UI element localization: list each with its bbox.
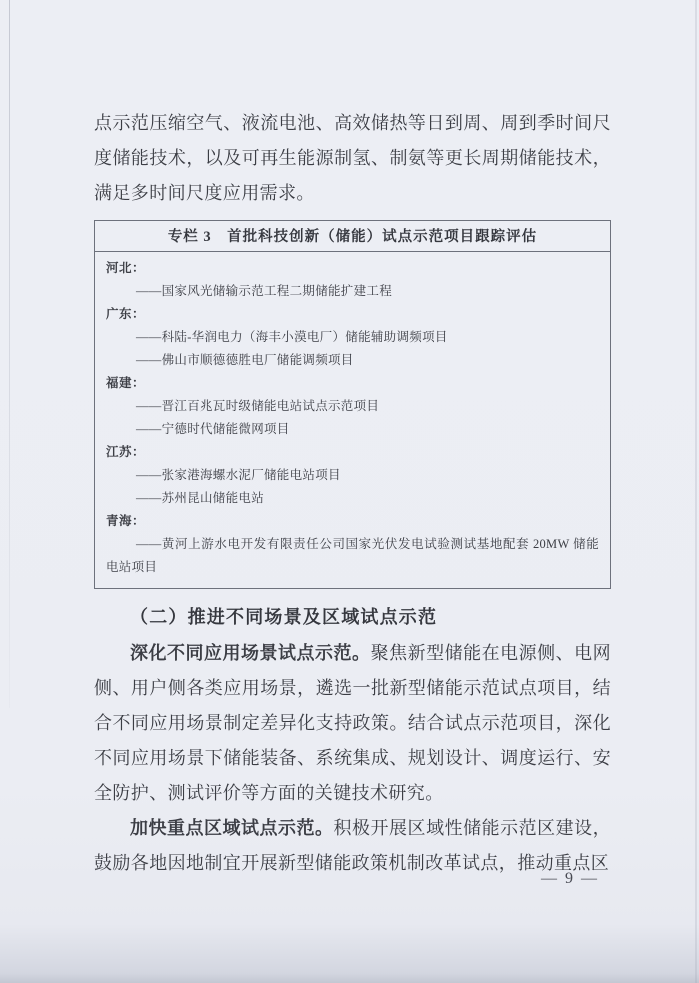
page-fold-line	[9, 0, 10, 708]
paragraph-lead: 深化不同应用场景试点示范。	[130, 643, 371, 663]
document-page: 点示范压缩空气、液流电池、高效储热等日到周、周到季时间尺度储能技术，以及可再生能…	[0, 0, 699, 983]
region-label-fujian: 福建：	[106, 372, 599, 395]
feature-box: 专栏 3 首批科技创新（储能）试点示范项目跟踪评估 河北： ——国家风光储输示范…	[94, 220, 611, 589]
paragraph-text: 聚焦新型储能在电源侧、电网侧、用户侧各类应用场景，遴选一批新型储能示范试点项目，…	[94, 643, 611, 803]
project-item: ——苏州昆山储能电站	[106, 487, 599, 510]
body-paragraph: 深化不同应用场景试点示范。聚焦新型储能在电源侧、电网侧、用户侧各类应用场景，遴选…	[94, 636, 611, 811]
feature-box-body: 河北： ——国家风光储输示范工程二期储能扩建工程 广东： ——科陆-华润电力（海…	[95, 252, 610, 588]
region-label-qinghai: 青海：	[106, 510, 599, 533]
region-label-jiangsu: 江苏：	[106, 441, 599, 464]
body-paragraph: 加快重点区域试点示范。积极开展区域性储能示范区建设，鼓励各地因地制宜开展新型储能…	[94, 811, 611, 881]
page-edge-shadow	[695, 0, 697, 983]
region-label-hebei: 河北：	[106, 257, 599, 280]
page-content: 点示范压缩空气、液流电池、高效储热等日到周、周到季时间尺度储能技术，以及可再生能…	[94, 106, 611, 881]
project-item: ——黄河上游水电开发有限责任公司国家光伏发电试验测试基地配套 20MW 储能电站…	[106, 533, 599, 579]
page-number: — 9 —	[541, 870, 599, 888]
paragraph-lead: 加快重点区域试点示范。	[130, 818, 334, 838]
project-item: ——国家风光储输示范工程二期储能扩建工程	[106, 280, 599, 303]
project-item: ——科陆-华润电力（海丰小漠电厂）储能辅助调频项目	[106, 326, 599, 349]
feature-box-title: 专栏 3 首批科技创新（储能）试点示范项目跟踪评估	[95, 221, 610, 252]
project-item: ——张家港海螺水泥厂储能电站项目	[106, 464, 599, 487]
project-item: ——晋江百兆瓦时级储能电站试点示范项目	[106, 395, 599, 418]
section-heading: （二）推进不同场景及区域试点示范	[94, 598, 611, 636]
project-item: ——佛山市顺德德胜电厂储能调频项目	[106, 349, 599, 372]
project-item: ——宁德时代储能微网项目	[106, 418, 599, 441]
continued-paragraph: 点示范压缩空气、液流电池、高效储热等日到周、周到季时间尺度储能技术，以及可再生能…	[94, 106, 611, 211]
region-label-guangdong: 广东：	[106, 303, 599, 326]
